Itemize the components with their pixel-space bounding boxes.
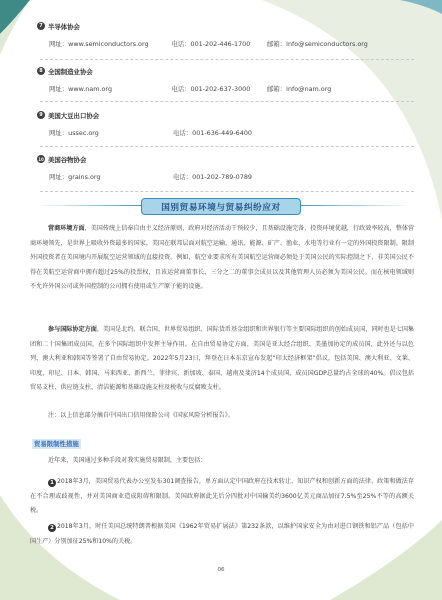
source-note: 注：以上信息部分摘自中国出口信用保险公司《国家风险分析报告》。 (30, 409, 414, 424)
trade-restriction-item-2: 22018年3月，时任美国总统特朗普根据美国《1962年贸易扩展法》第232条款… (30, 520, 414, 549)
dashed-divider (40, 146, 414, 147)
association-contact-row: 网址：ussec.org 电话：001-636-449-6400 (49, 128, 415, 137)
item-text: 2018年3月，时任美国总统特朗普根据美国《1962年贸易扩展法》第232条款，… (30, 523, 414, 545)
number-badge-icon: 7 (37, 22, 45, 30)
dashed-divider (40, 191, 414, 192)
association-name: 美国大豆出口协会 (48, 111, 99, 120)
email-text: 邮箱：info@nam.org (267, 84, 415, 93)
paragraph-lead: 营商环境方面 (48, 225, 85, 232)
document-page: 7 半导体协会 网址：www.semiconductors.org 电话：001… (0, 0, 442, 600)
association-soybean: 9 美国大豆出口协会 网址：ussec.org 电话：001-636-449-6… (37, 110, 415, 137)
association-grains: 10 美国谷物协会 网址：grains.org 电话：001-202-789-0… (37, 154, 415, 181)
association-title: 9 美国大豆出口协会 (37, 110, 415, 120)
association-manufacturers: 8 全国制造业协会 网址：www.nam.org 电话：001-202-637-… (37, 66, 415, 93)
banner-line-right (301, 205, 411, 206)
paragraph-business-environment: 营商环境方面，美国传统上信奉自由主义经济原则，政府对经济活动干预较少，且基础设施… (30, 222, 414, 295)
website-text: 网址：www.semiconductors.org (49, 39, 171, 48)
number-circle-icon: 1 (48, 479, 56, 487)
number-circle-icon: 2 (48, 524, 56, 532)
paragraph-international-agreements: 参与国际协定方面，美国是北约、联合国、世界贸易组织、国际货币基金组织和世界银行等… (30, 323, 414, 396)
website-text: 网址：ussec.org (49, 128, 173, 137)
association-name: 美国谷物协会 (48, 155, 86, 164)
paragraph-lead: 参与国际协定方面 (48, 326, 97, 333)
dashed-divider (40, 101, 414, 102)
paragraph-body: ，美国是北约、联合国、世界贸易组织、国际货币基金组织和世界银行等主要国际组织的创… (30, 326, 414, 391)
page-number: 06 (0, 567, 442, 573)
association-contact-row: 网址：grains.org 电话：001-202-789-0789 (49, 172, 415, 181)
website-text: 网址：grains.org (49, 172, 173, 181)
dashed-divider (40, 59, 414, 60)
association-contact-row: 网址：www.semiconductors.org 电话：001-202-446… (49, 39, 415, 48)
paragraph-body: ，美国传统上信奉自由主义经济原则，政府对经济活动干预较少，且基础设施完备，投资环… (30, 225, 414, 290)
number-badge-icon: 10 (37, 155, 45, 163)
phone-text: 电话：001-202-446-1700 (171, 39, 267, 48)
association-name: 半导体协会 (48, 22, 80, 31)
phone-text: 电话：001-202-789-0789 (173, 172, 270, 181)
number-badge-icon: 9 (37, 111, 45, 119)
section-banner-title: 国别贸易环境与贸易纠纷应对 (141, 198, 301, 215)
phone-text: 电话：001-202-637-3000 (171, 84, 267, 93)
website-text: 网址：www.nam.org (49, 84, 171, 93)
association-title: 7 半导体协会 (37, 21, 415, 31)
association-contact-row: 网址：www.nam.org 电话：001-202-637-3000 邮箱：in… (49, 84, 415, 93)
banner-line-left (35, 205, 141, 206)
phone-text: 电话：001-636-449-6400 (173, 128, 270, 137)
subheading-trade-restrictions: 贸易限制性措施 (32, 439, 81, 449)
association-title: 8 全国制造业协会 (37, 66, 415, 76)
number-badge-icon: 8 (37, 67, 45, 75)
association-name: 全国制造业协会 (48, 67, 93, 76)
trade-restriction-item-1: 12018年3月，美国贸易代表办公室发布301调查报告，单方面认定中国政府在技术… (30, 475, 414, 519)
trade-restrictions-intro: 近年来，美国通过多种手段对我实施贸易限制，主要包括： (30, 454, 414, 469)
association-semiconductors: 7 半导体协会 网址：www.semiconductors.org 电话：001… (37, 21, 415, 48)
association-title: 10 美国谷物协会 (37, 154, 415, 164)
email-text: 邮箱：info@semiconductors.org (267, 39, 415, 48)
item-text: 2018年3月，美国贸易代表办公室发布301调查报告，单方面认定中国政府在技术转… (30, 478, 414, 514)
